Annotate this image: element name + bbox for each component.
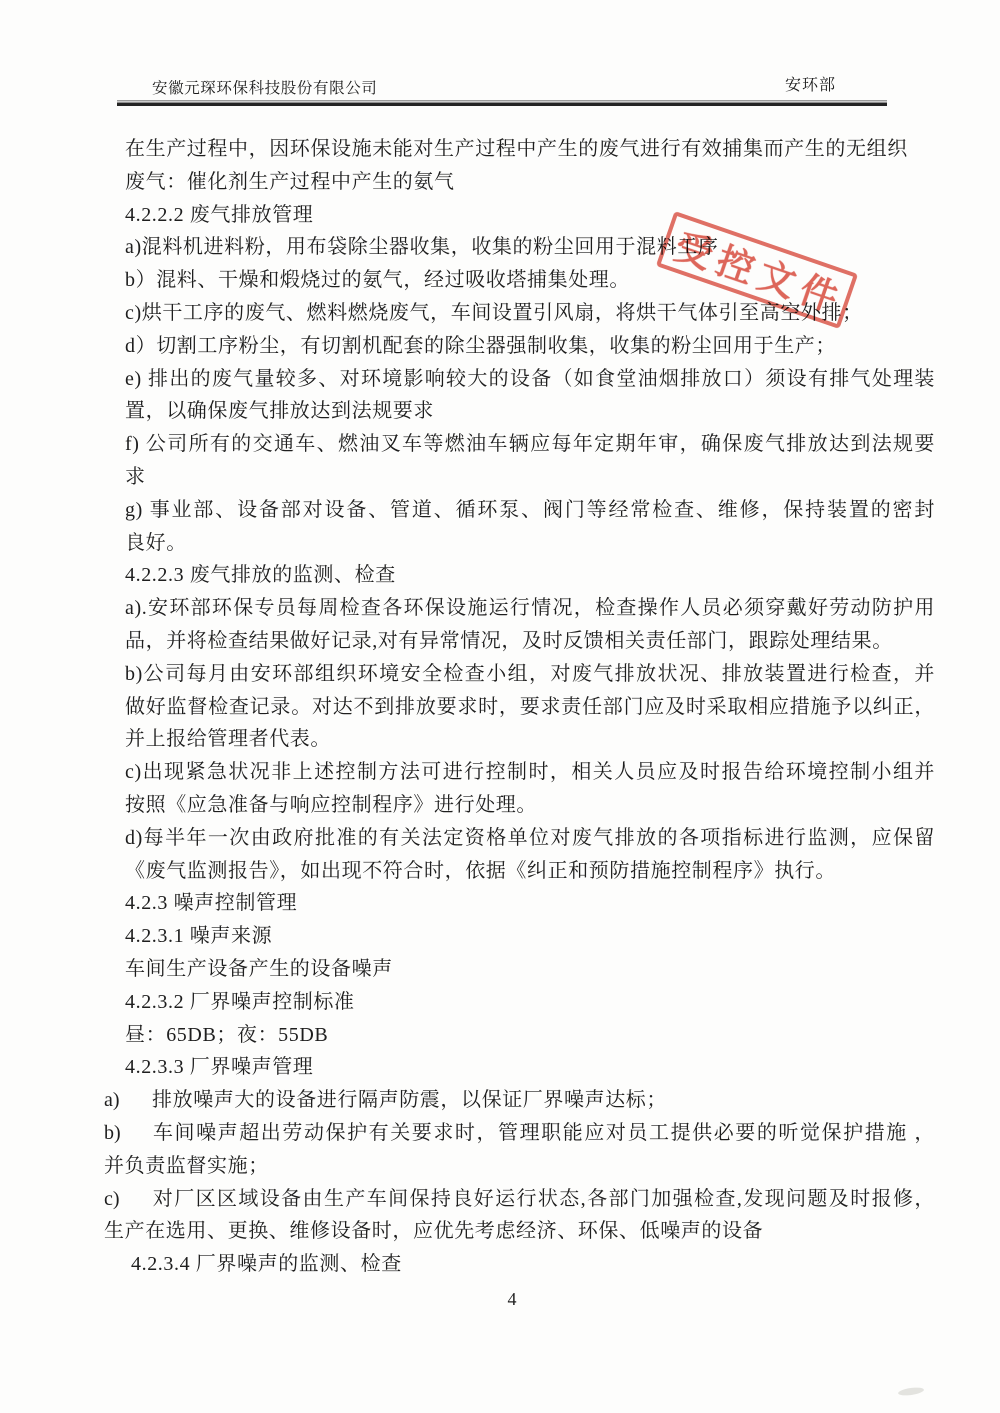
text-line: 置，以确保废气排放达到法规要求 (125, 395, 1000, 428)
text-line: c)出现紧急状况非上述控制方法可进行控制时，相关人员应及时报告给环境控制小组并 (125, 756, 935, 789)
text-line: 生产在选用、更换、维修设备时，应优先考虑经济、环保、低噪声的设备 (104, 1215, 1000, 1248)
list-marker: c) (104, 1183, 152, 1216)
text-line: 良好。 (125, 527, 1000, 560)
page-number: 4 (500, 1289, 524, 1310)
text-line: 废气：催化剂生产过程中产生的氨气 (125, 166, 1000, 199)
header-divider (117, 100, 887, 106)
document-body: 在生产过程中，因环保设施未能对生产过程中产生的废气进行有效捕集而产生的无组织废气… (0, 133, 1000, 1281)
text-line: d)每半年一次由政府批准的有关法定资格单位对废气排放的各项指标进行监测，应保留 (125, 822, 935, 855)
text-line: e) 排出的废气量较多、对环境影响较大的设备（如食堂油烟排放口）须设有排气处理装 (125, 363, 935, 396)
text-line: a).安环部环保专员每周检查各环保设施运行情况，检查操作人员必须穿戴好劳动防护用 (125, 592, 935, 625)
text-line: 并负责监督实施； (104, 1150, 1000, 1183)
text-line: 求 (125, 461, 1000, 494)
header-company-name: 安徽元琛环保科技股份有限公司 (152, 76, 377, 98)
text-line: 4.2.3 噪声控制管理 (125, 887, 1000, 920)
text-line: 《废气监测报告》，如出现不符合时，依据《纠正和预防措施控制程序》执行。 (125, 855, 1000, 888)
text-line: c)烘干工序的废气、燃料燃烧废气，车间设置引风扇，将烘干气体引至高空外排； (125, 297, 1000, 330)
text-line: 并上报给管理者代表。 (125, 723, 1000, 756)
header-department: 安环部 (785, 72, 836, 95)
text-line: b)公司每月由安环部组织环境安全检查小组，对废气排放状况、排放装置进行检查，并 (125, 658, 935, 691)
text-line: 在生产过程中，因环保设施未能对生产过程中产生的废气进行有效捕集而产生的无组织 (125, 133, 1000, 166)
list-marker: b) (104, 1117, 152, 1150)
text-line: 昼：65DB；夜：55DB (125, 1019, 1000, 1052)
text-line: 4.2.3.2 厂界噪声控制标准 (125, 986, 1000, 1019)
list-marker: a) (104, 1084, 152, 1117)
text-line: 4.2.2.3 废气排放的监测、检查 (125, 559, 1000, 592)
text-line: a)混料机进料粉，用布袋除尘器收集，收集的粉尘回用于混料工序 (125, 231, 1000, 264)
text-line: 4.2.3.4 厂界噪声的监测、检查 (131, 1248, 1000, 1281)
text-line: a)排放噪声大的设备进行隔声防震，以保证厂界噪声达标； (104, 1084, 1000, 1117)
text-line: c)对厂区区域设备由生产车间保持良好运行状态,各部门加强检查,发现问题及时报修， (104, 1183, 935, 1216)
scan-smudge (898, 1386, 925, 1397)
text-line: 4.2.3.3 厂界噪声管理 (125, 1051, 1000, 1084)
text-line: d）切割工序粉尘，有切割机配套的除尘器强制收集，收集的粉尘回用于生产； (125, 330, 1000, 363)
text-line: 4.2.3.1 噪声来源 (125, 920, 1000, 953)
document-page: 安徽元琛环保科技股份有限公司 安环部 在生产过程中，因环保设施未能对生产过程中产… (0, 0, 1000, 1413)
text-line: 按照《应急准备与响应控制程序》进行处理。 (125, 789, 1000, 822)
text-line: f) 公司所有的交通车、燃油叉车等燃油车辆应每年定期年审，确保废气排放达到法规要 (125, 428, 935, 461)
text-line: 车间生产设备产生的设备噪声 (125, 953, 1000, 986)
text-line: b）混料、干燥和煅烧过的氨气，经过吸收塔捕集处理。 (125, 264, 1000, 297)
text-line: 做好监督检查记录。对达不到排放要求时，要求责任部门应及时采取相应措施予以纠正， (125, 691, 935, 724)
text-line: 品，并将检查结果做好记录,对有异常情况，及时反馈相关责任部门，跟踪处理结果。 (125, 625, 1000, 658)
text-line: g) 事业部、设备部对设备、管道、循环泵、阀门等经常检查、维修，保持装置的密封 (125, 494, 935, 527)
text-line: 4.2.2.2 废气排放管理 (125, 199, 1000, 232)
text-line: b)车间噪声超出劳动保护有关要求时，管理职能应对员工提供必要的听觉保护措施 ， (104, 1117, 935, 1150)
